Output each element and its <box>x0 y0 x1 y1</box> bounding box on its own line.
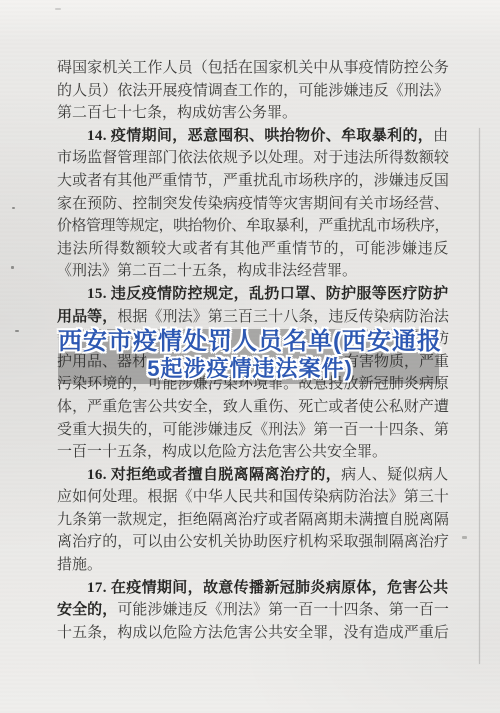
text-line-content: 一百一十五条，构成以危险方法危害公共安全罪。 <box>57 444 387 460</box>
text-line-content: 14. 疫情期间，恶意囤积、哄抬物价、牟取暴利的，由 <box>87 128 449 144</box>
body-text: 家在预防、控制突发传染病疫情等灾害期间有关市场经营、 <box>57 196 449 212</box>
body-text: 由 <box>433 128 448 144</box>
text-line: 九条第一款规定，拒绝隔离治疗或者隔离期未满擅自脱离隔 <box>57 509 449 532</box>
text-line-content: 价格管理等规定，哄抬物价、牟取暴利，严重扰乱市场秩序， <box>57 218 449 234</box>
text-line-content: 十五条，构成以危险方法危害公共安全罪，没有造成严重后 <box>57 625 449 641</box>
text-line-content: 用品等，根据《刑法》第三百三十八条，违反传染病防治法 <box>57 309 449 325</box>
headline-line-2: 5起涉疫情违法案件) <box>0 355 500 382</box>
text-line: 用品等，根据《刑法》第三百三十八条，违反传染病防治法 <box>57 306 449 329</box>
text-line-content: 家在预防、控制突发传染病疫情等灾害期间有关市场经营、 <box>57 196 449 212</box>
emphasized-text: 17. 在疫情期间，故意传播新冠肺炎病原体，危害公共 <box>87 580 449 596</box>
text-line-content: 市场监督管理部门依法依规予以处理。对于违法所得数额较 <box>57 150 449 166</box>
text-line-content: 离治疗的，可以由公安机关协助医疗机构采取强制隔离治疗 <box>57 534 449 550</box>
emphasized-text: 15. 违反疫情防控规定，乱扔口罩、防护服等医疗防护 <box>87 286 449 302</box>
text-line-content: 碍国家机关工作人员（包括在国家机关中从事疫情防控公务 <box>57 60 449 76</box>
text-line: 16. 对拒绝或者擅自脱离隔离治疗的，病人、疑似病人 <box>57 464 449 487</box>
scan-speck <box>11 266 14 269</box>
text-line-content: 体，严重危害公共安全，致人重伤、死亡或者使公私财产遭 <box>57 399 449 415</box>
text-line: 受重大损失的，可能涉嫌违反《刑法》第一百一十四条、第 <box>57 419 449 442</box>
text-line-content: 大或者有其他严重情节，严重扰乱市场秩序的，涉嫌违反国 <box>57 173 449 189</box>
text-line: 大或者有其他严重情节，严重扰乱市场秩序的，涉嫌违反国 <box>57 170 449 193</box>
text-line-content: 违法所得数额较大或者有其他严重情节的，可能涉嫌违反 <box>57 241 449 257</box>
body-text: 十五条，构成以危险方法危害公共安全罪，没有造成严重后 <box>57 625 449 641</box>
text-line: 第二百七十七条，构成妨害公务罪。 <box>57 102 449 125</box>
scan-speck <box>55 8 61 10</box>
text-line: 《刑法》第二百二十五条，构成非法经营罪。 <box>57 260 449 283</box>
text-line: 措施。 <box>57 554 449 577</box>
scan-speck <box>12 207 15 209</box>
body-text: 违法所得数额较大或者有其他严重情节的，可能涉嫌违反 <box>57 241 449 257</box>
body-text: 病人、疑似病人 <box>341 467 448 483</box>
text-line-content: 16. 对拒绝或者擅自脱离隔离治疗的，病人、疑似病人 <box>87 467 449 483</box>
emphasized-text: 用品等， <box>57 309 117 325</box>
text-line: 市场监督管理部门依法依规予以处理。对于违法所得数额较 <box>57 147 449 170</box>
text-line: 一百一十五条，构成以危险方法危害公共安全罪。 <box>57 441 449 464</box>
paper-crease-line <box>479 128 480 664</box>
body-text: 第二百七十七条，构成妨害公务罪。 <box>57 105 297 121</box>
body-text: 《刑法》第二百二十五条，构成非法经营罪。 <box>57 263 357 279</box>
headline-line-1: 西安市疫情处罚人员名单(西安通报 <box>0 328 500 355</box>
body-text: 九条第一款规定，拒绝隔离治疗或者隔离期未满擅自脱离隔 <box>57 512 449 528</box>
body-text: 受重大损失的，可能涉嫌违反《刑法》第一百一十四条、第 <box>57 422 449 438</box>
text-line-content: 15. 违反疫情防控规定，乱扔口罩、防护服等医疗防护 <box>87 286 449 302</box>
body-text: 大或者有其他严重情节，严重扰乱市场秩序的，涉嫌违反国 <box>57 173 449 189</box>
body-text: 根据《刑法》第三百三十八条，违反传染病防治法 <box>117 309 449 325</box>
text-line: 离治疗的，可以由公安机关协助医疗机构采取强制隔离治疗 <box>57 531 449 554</box>
text-line: 价格管理等规定，哄抬物价、牟取暴利，严重扰乱市场秩序， <box>57 215 449 238</box>
text-line-content: 17. 在疫情期间，故意传播新冠肺炎病原体，危害公共 <box>87 580 449 596</box>
text-line: 安全的，可能涉嫌违反《刑法》第一百一十四条、第一百一 <box>57 599 449 622</box>
text-line: 碍国家机关工作人员（包括在国家机关中从事疫情防控公务 <box>57 57 449 80</box>
text-line: 15. 违反疫情防控规定，乱扔口罩、防护服等医疗防护 <box>57 283 449 306</box>
body-text: 市场监督管理部门依法依规予以处理。对于违法所得数额较 <box>57 150 449 166</box>
text-line: 应如何处理。根据《中华人民共和国传染病防治法》第三十 <box>57 486 449 509</box>
body-text: 一百一十五条，构成以危险方法危害公共安全罪。 <box>57 444 387 460</box>
text-line: 家在预防、控制突发传染病疫情等灾害期间有关市场经营、 <box>57 193 449 216</box>
text-line: 违法所得数额较大或者有其他严重情节的，可能涉嫌违反 <box>57 238 449 261</box>
text-line: 的人员）依法开展疫情调查工作的，可能涉嫌违反《刑法》 <box>57 80 449 103</box>
body-text: 的人员）依法开展疫情调查工作的，可能涉嫌违反《刑法》 <box>57 83 449 99</box>
body-text: 体，严重危害公共安全，致人重伤、死亡或者使公私财产遭 <box>57 399 449 415</box>
text-line-content: 《刑法》第二百二十五条，构成非法经营罪。 <box>57 263 357 279</box>
text-line-content: 的人员）依法开展疫情调查工作的，可能涉嫌违反《刑法》 <box>57 83 449 99</box>
emphasized-text: 14. 疫情期间，恶意囤积、哄抬物价、牟取暴利的， <box>87 128 433 144</box>
text-line-content: 九条第一款规定，拒绝隔离治疗或者隔离期未满擅自脱离隔 <box>57 512 449 528</box>
body-text: 价格管理等规定，哄抬物价、牟取暴利，严重扰乱市场秩序， <box>57 218 449 234</box>
body-text: 可能涉嫌违反《刑法》第一百一十四条、第一百一 <box>117 602 449 618</box>
text-line-content: 受重大损失的，可能涉嫌违反《刑法》第一百一十四条、第 <box>57 422 449 438</box>
emphasized-text: 16. 对拒绝或者擅自脱离隔离治疗的， <box>87 467 341 483</box>
text-line: 17. 在疫情期间，故意传播新冠肺炎病原体，危害公共 <box>57 577 449 600</box>
body-text: 离治疗的，可以由公安机关协助医疗机构采取强制隔离治疗 <box>57 534 449 550</box>
text-line-content: 措施。 <box>57 557 102 573</box>
scan-speck <box>462 536 467 539</box>
body-text: 应如何处理。根据《中华人民共和国传染病防治法》第三十 <box>57 489 449 505</box>
text-line: 十五条，构成以危险方法危害公共安全罪，没有造成严重后 <box>57 622 449 645</box>
body-text: 碍国家机关工作人员（包括在国家机关中从事疫情防控公务 <box>57 60 449 76</box>
emphasized-text: 安全的， <box>57 602 117 618</box>
headline-overlay: 西安市疫情处罚人员名单(西安通报 5起涉疫情违法案件) <box>0 328 500 382</box>
text-line: 体，严重危害公共安全，致人重伤、死亡或者使公私财产遭 <box>57 396 449 419</box>
text-line-content: 第二百七十七条，构成妨害公务罪。 <box>57 105 297 121</box>
text-line-content: 安全的，可能涉嫌违反《刑法》第一百一十四条、第一百一 <box>57 602 449 618</box>
text-line-content: 应如何处理。根据《中华人民共和国传染病防治法》第三十 <box>57 489 449 505</box>
text-line: 14. 疫情期间，恶意囤积、哄抬物价、牟取暴利的，由 <box>57 125 449 148</box>
body-text: 措施。 <box>57 557 102 573</box>
